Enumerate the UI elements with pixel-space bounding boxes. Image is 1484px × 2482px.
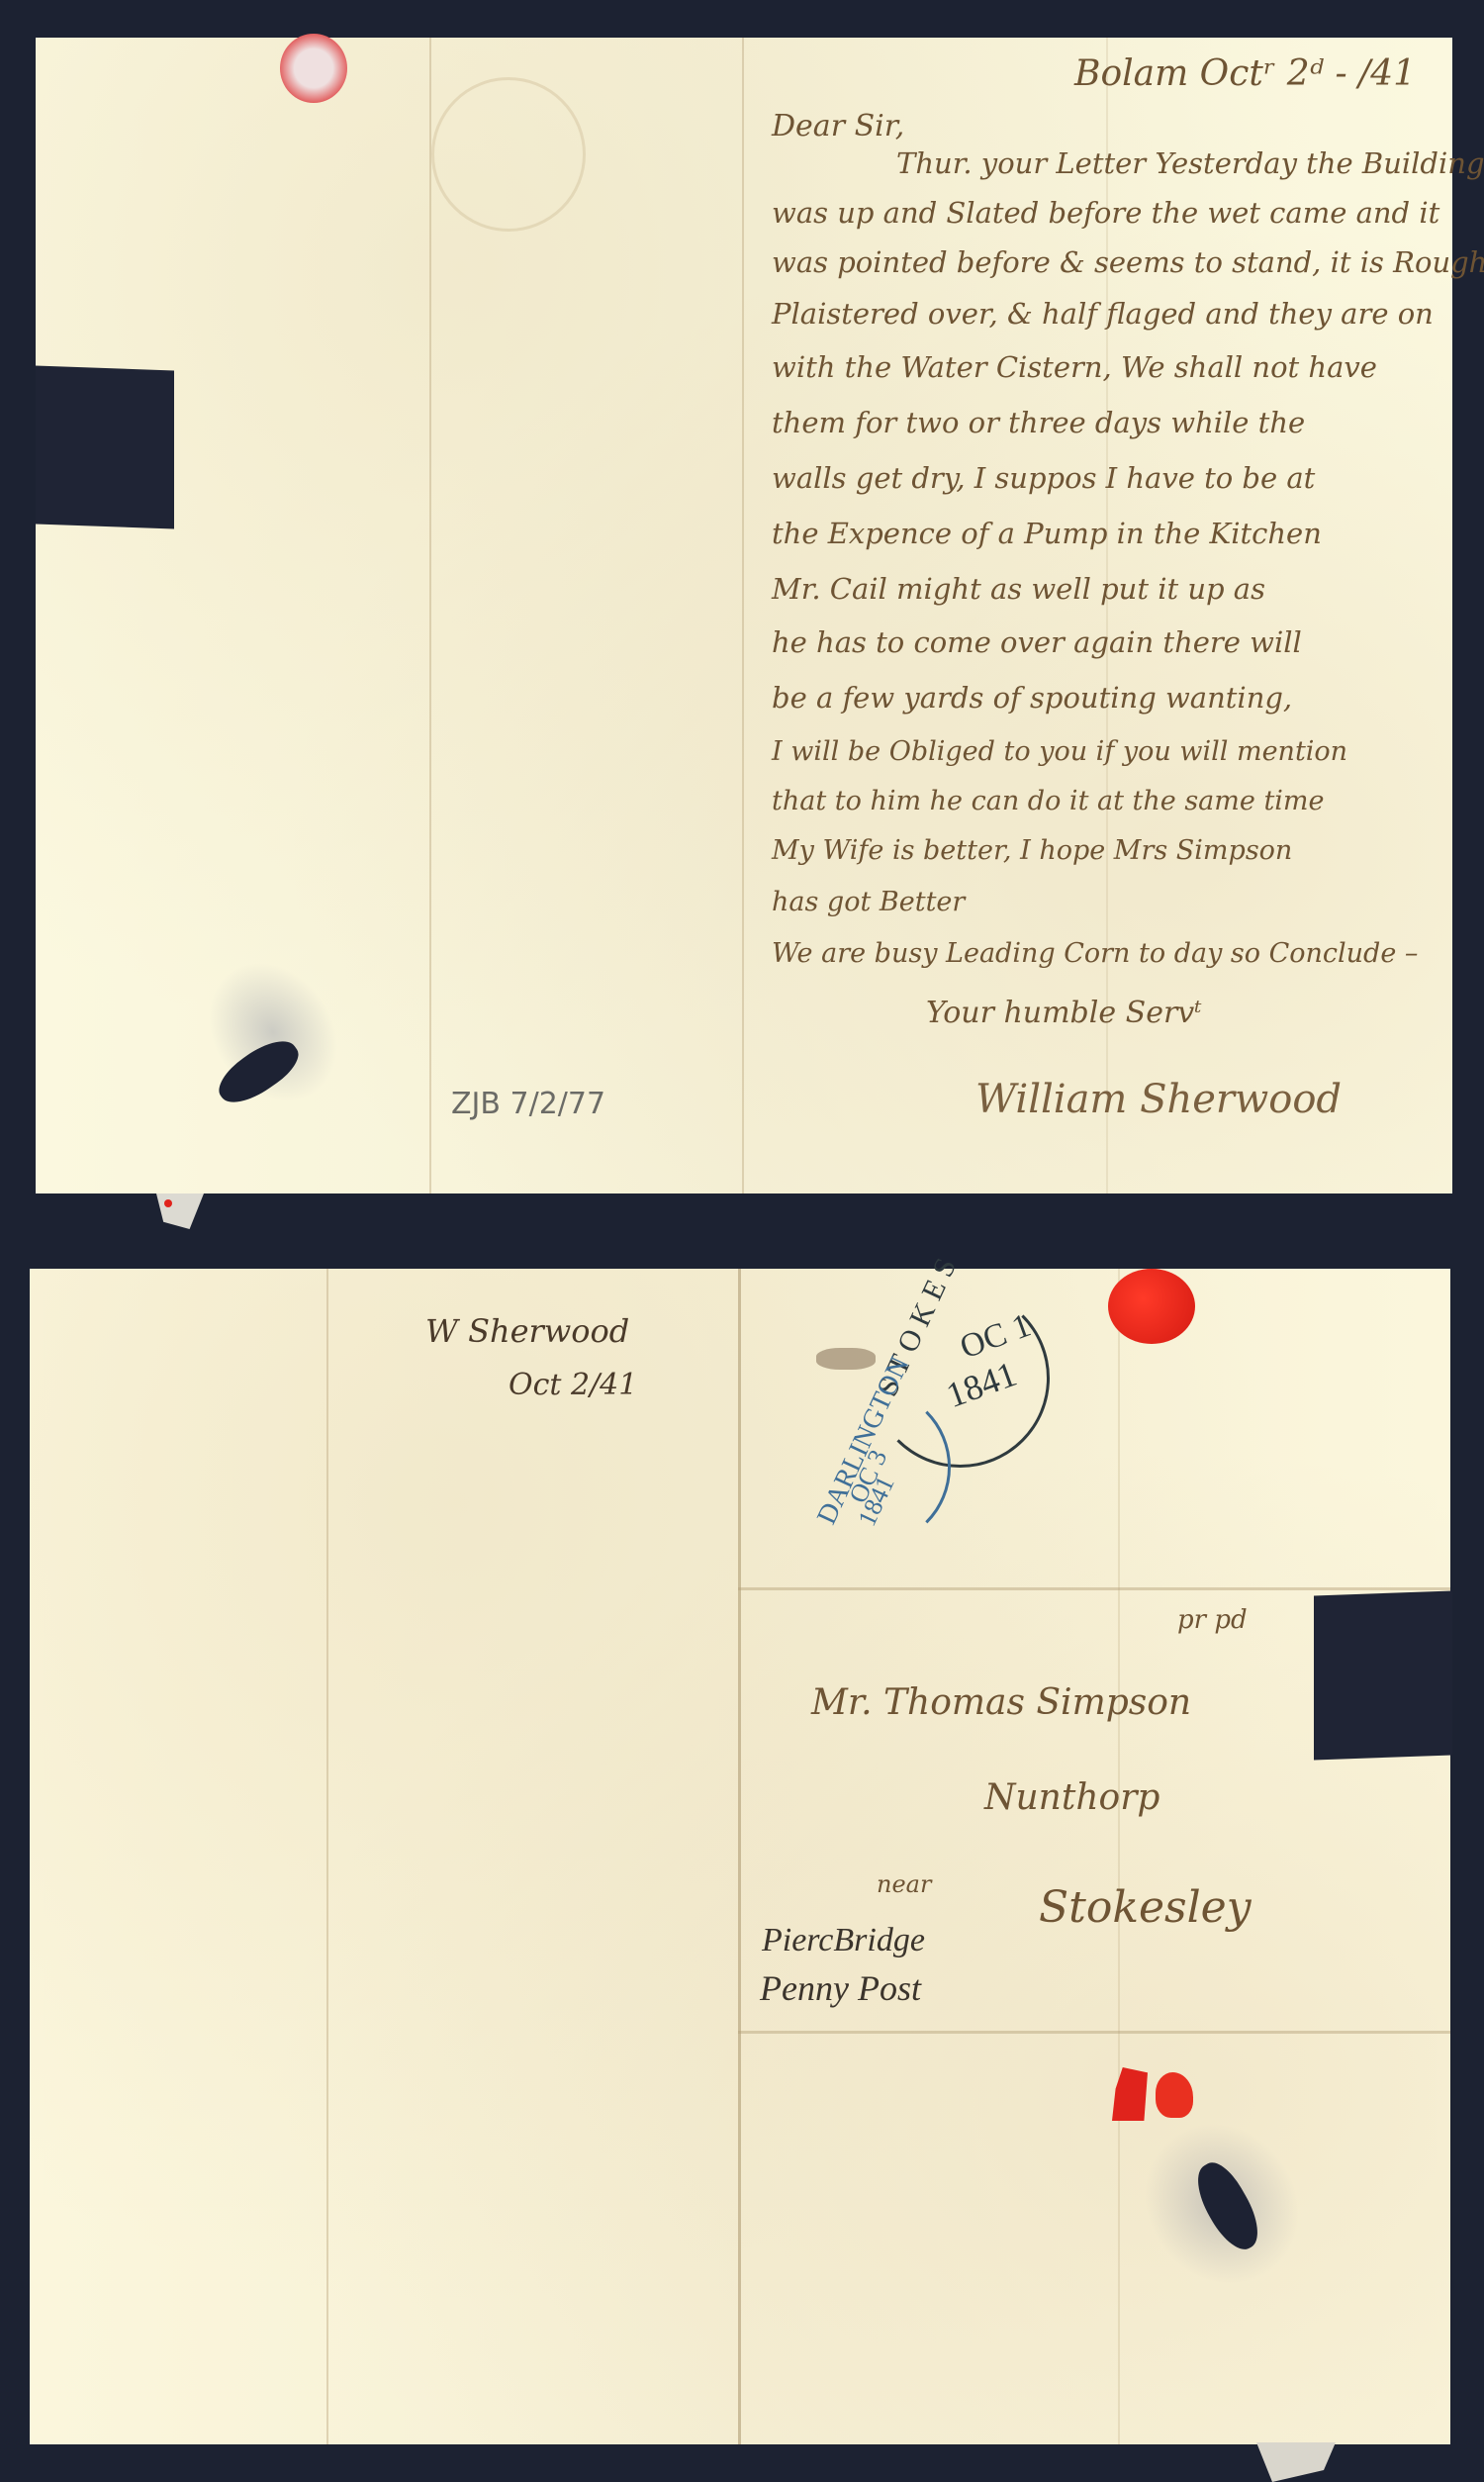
letter-line: the Expence of a Pump in the Kitchen xyxy=(772,517,1322,550)
letter-line: them for two or three days while the xyxy=(772,406,1305,439)
wax-fleck xyxy=(164,1199,172,1207)
archive-pencil-mark: ZJB 7/2/77 xyxy=(451,1087,605,1121)
letter-salutation: Dear Sir, xyxy=(772,109,904,143)
letter-line: he has to come over again there will xyxy=(772,625,1302,659)
penny-post-stamp-line1: PiercBridge xyxy=(762,1922,925,1959)
letter-line: Plaistered over, & half flaged and they … xyxy=(772,297,1434,331)
letter-line: walls get dry, I suppos I have to be at xyxy=(772,461,1315,495)
letter-line: be a few yards of spouting wanting, xyxy=(772,681,1292,715)
fold-line xyxy=(738,2031,1450,2034)
letter-closing: Your humble Servᵗ xyxy=(926,996,1202,1030)
penny-post-stamp-line2: Penny Post xyxy=(760,1967,921,2009)
paper-fragment xyxy=(1256,2442,1336,2482)
mount-corner-tab xyxy=(36,366,174,529)
fold-line xyxy=(742,38,744,1193)
mount-corner-tab xyxy=(1314,1591,1452,1761)
ink-blot-halo xyxy=(182,937,364,1127)
fold-line xyxy=(1118,1269,1120,2444)
postage-paid-note: pr pd xyxy=(1177,1605,1248,1635)
letter-line: My Wife is better, I hope Mrs Simpson xyxy=(772,835,1292,866)
wax-seal xyxy=(1108,1269,1195,1344)
wax-fragment xyxy=(1156,2072,1193,2118)
fold-line xyxy=(738,1587,1450,1590)
wax-seal-remnant xyxy=(280,34,347,103)
address-near: near xyxy=(877,1870,931,1898)
ink-smudge xyxy=(816,1348,876,1370)
letter-line: Mr. Cail might as well put it up as xyxy=(772,572,1265,606)
fold-line xyxy=(429,38,431,1193)
address-town: Stokesley xyxy=(1039,1882,1252,1933)
letter-line: I will be Obliged to you if you will men… xyxy=(772,736,1347,767)
fold-line xyxy=(326,1269,328,2444)
letter-place-date: Bolam Octʳ 2ᵈ - /41 xyxy=(1074,53,1416,94)
fold-line xyxy=(738,1269,741,2444)
letter-signature: William Sherwood xyxy=(975,1077,1342,1122)
address-village: Nunthorp xyxy=(984,1777,1159,1818)
ghost-postmark xyxy=(431,77,586,232)
letter-line: that to him he can do it at the same tim… xyxy=(772,786,1325,816)
letter-line: with the Water Cistern, We shall not hav… xyxy=(772,350,1377,384)
letter-line: was pointed before & seems to stand, it … xyxy=(772,245,1484,279)
letter-line: has got Better xyxy=(772,887,965,917)
docket-name: W Sherwood xyxy=(425,1312,629,1350)
letter-inner-sheet: Bolam Octʳ 2ᵈ - /41 Dear Sir, Thur. your… xyxy=(36,38,1452,1193)
address-recipient: Mr. Thomas Simpson xyxy=(811,1682,1191,1723)
docket-date: Oct 2/41 xyxy=(509,1368,637,1402)
paper-fragment xyxy=(156,1193,204,1229)
letter-line: We are busy Leading Corn to day so Concl… xyxy=(772,938,1418,969)
letter-cover-sheet: W Sherwood Oct 2/41 S T O K E S OC 1 184… xyxy=(30,1269,1450,2444)
letter-line: Thur. your Letter Yesterday the Building xyxy=(896,146,1484,180)
letter-line: was up and Slated before the wet came an… xyxy=(772,196,1439,230)
